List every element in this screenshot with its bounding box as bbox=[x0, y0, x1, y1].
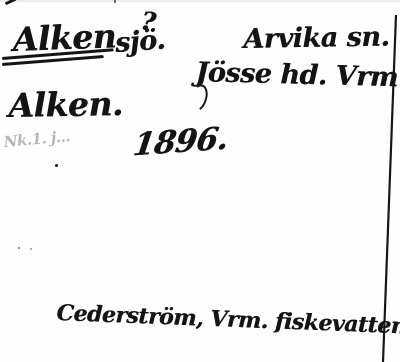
source-reference: Cederström, Vrm. fiskevatten. bbox=[56, 300, 400, 340]
archive-card: Alken sjö. ? Arvika sn. Jösse hd. Vrm. A… bbox=[0, 0, 400, 362]
pencil-note: Nk.1. j... bbox=[3, 127, 71, 151]
scan-speck bbox=[114, 0, 116, 3]
ink-mark-top-edge bbox=[5, 0, 16, 5]
district-province-line: Jösse hd. Vrm. bbox=[195, 57, 400, 94]
scan-top-edge bbox=[0, 0, 400, 2]
parish-line: Arvika sn. bbox=[243, 21, 389, 55]
record-year: 1896. bbox=[131, 120, 230, 163]
name-form: Alken. bbox=[8, 84, 123, 125]
ink-dot bbox=[55, 164, 58, 167]
scan-speck bbox=[18, 247, 20, 249]
scan-speck bbox=[30, 248, 32, 250]
